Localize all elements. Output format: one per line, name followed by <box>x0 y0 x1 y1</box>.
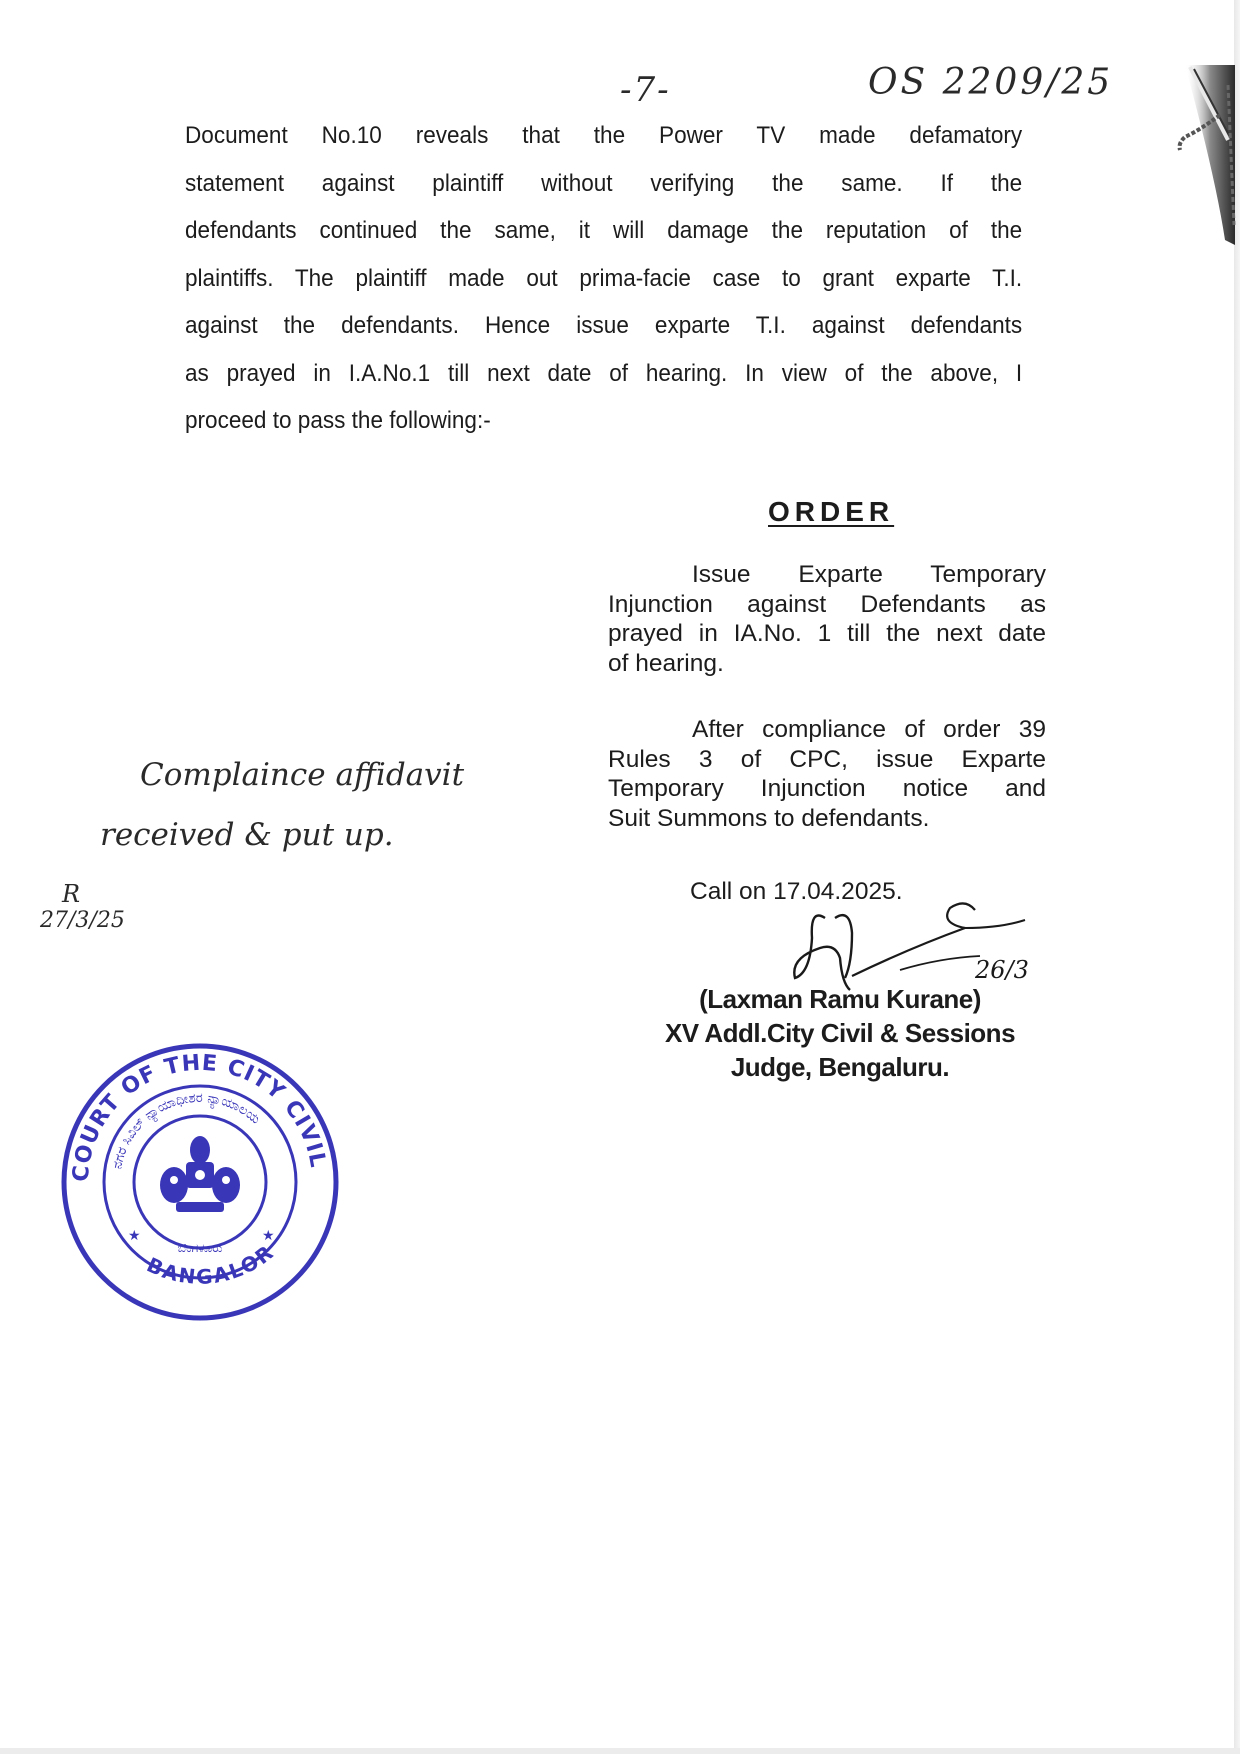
svg-text:26/3: 26/3 <box>974 956 1029 984</box>
note-line-2: received & put up. <box>100 805 464 865</box>
svg-text:★: ★ <box>128 1227 141 1243</box>
svg-text:ಬೆಂಗಳೂರು: ಬೆಂಗಳೂರು <box>178 1241 223 1255</box>
order-heading: ORDER <box>768 496 894 528</box>
page-edge <box>1234 0 1240 1754</box>
order-paragraph-1: Issue Exparte Temporary Injunction again… <box>608 560 1046 678</box>
body-paragraph: Document No.10 reveals that the Power TV… <box>185 112 1022 445</box>
order-line: After compliance of order 39 <box>608 715 1046 745</box>
body-line: proceed to pass the following:- <box>185 397 1022 445</box>
body-line: as prayed in I.A.No.1 till next date of … <box>185 350 1022 398</box>
body-line: defendants continued the same, it will d… <box>185 207 1022 255</box>
handwritten-note: Complaince affidavit received & put up. <box>140 745 464 865</box>
page-number: -7- <box>620 70 671 110</box>
order-line: Injunction against Defendants as <box>608 590 1046 620</box>
order-line: Issue Exparte Temporary <box>608 560 1046 590</box>
court-seal-icon: COURT OF THE CITY CIVIL AND SESSIONS JUD… <box>58 1040 342 1324</box>
note-line-1: Complaince affidavit <box>140 745 464 805</box>
case-number: OS 2209/25 <box>868 62 1113 103</box>
body-line: plaintiffs. The plaintiff made out prima… <box>185 255 1022 303</box>
order-line: Temporary Injunction notice and <box>608 774 1046 804</box>
order-paragraph-2: After compliance of order 39 Rules 3 of … <box>608 715 1046 833</box>
svg-text:★: ★ <box>262 1227 275 1243</box>
note-initials: R <box>62 880 125 908</box>
body-line: against the defendants. Hence issue expa… <box>185 302 1022 350</box>
order-line: Suit Summons to defendants. <box>608 804 1046 834</box>
judge-name: (Laxman Ramu Kurane) <box>600 982 1080 1016</box>
handwritten-initials-date: R 27/3/25 <box>40 880 125 933</box>
judge-location: Judge, Bengaluru. <box>600 1050 1080 1084</box>
signatory-block: (Laxman Ramu Kurane) XV Addl.City Civil … <box>600 982 1080 1084</box>
body-line: Document No.10 reveals that the Power TV… <box>185 112 1022 160</box>
binder-clip-icon <box>1150 55 1240 245</box>
judge-designation: XV Addl.City Civil & Sessions <box>600 1016 1080 1050</box>
body-line: statement against plaintiff without veri… <box>185 160 1022 208</box>
page-bottom-edge <box>0 1748 1240 1754</box>
order-line: prayed in IA.No. 1 till the next date <box>608 619 1046 649</box>
note-date: 27/3/25 <box>40 908 125 933</box>
order-line: of hearing. <box>608 649 1046 679</box>
order-line: Rules 3 of CPC, issue Exparte <box>608 745 1046 775</box>
